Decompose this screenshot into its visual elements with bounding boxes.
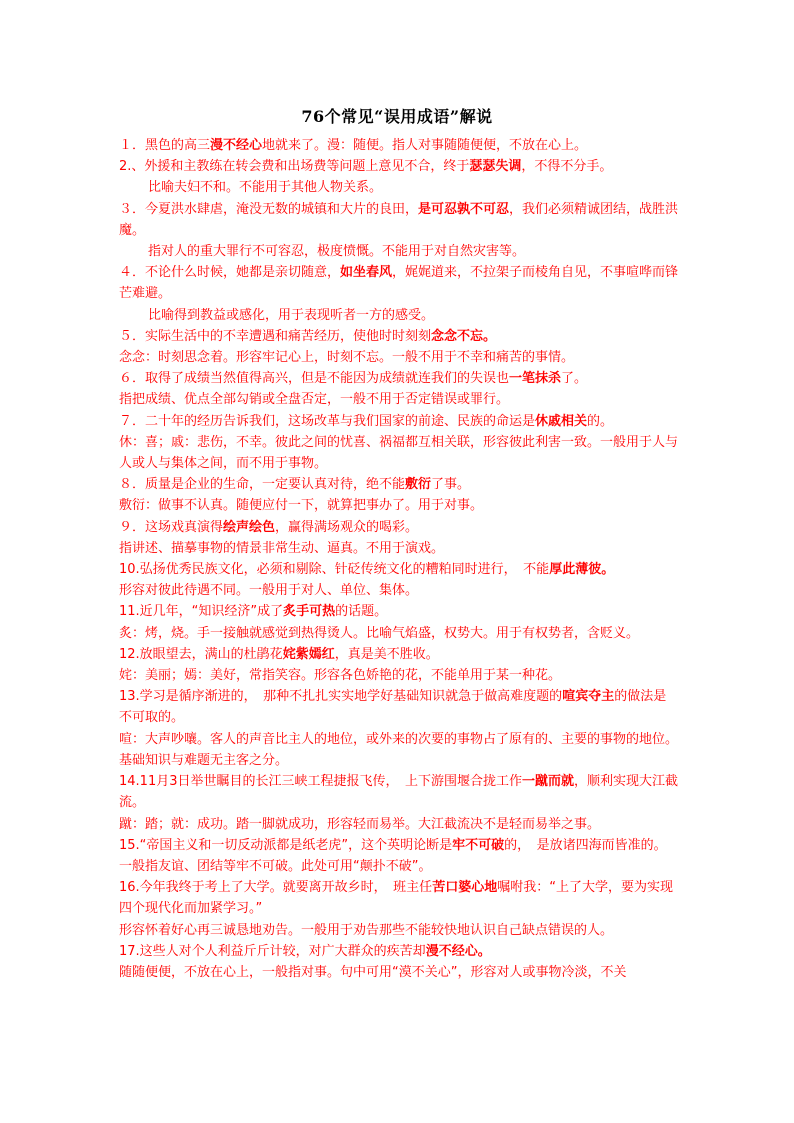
explanation-note: 比喻得到教益或感化，用于表现听者一方的感受。 [119,305,679,326]
explanation-note: 敷衍：做事不认真。随便应付一下，就算把事办了。用于对事。 [119,495,679,516]
sentence-text: 比喻夫妇不和。不能用于其他人物关系。 [148,180,382,195]
example-sentence: ４．不论什么时候，她都是亲切随意，如坐春风，娓娓道来，不拉架子而棱角自见，不事喧… [119,262,679,304]
idiom-highlight: 厚此薄彼。 [549,562,614,577]
idiom-highlight: 喧宾夺主 [562,689,614,704]
explanation-note: 休：喜；戚：悲伤，不幸。彼此之间的忧喜、祸福都互相关联，形容彼此利害一致。一般用… [119,432,679,474]
idiom-highlight: 姹紫嫣红 [283,647,335,662]
sentence-text: 12.放眼望去，满山的杜鹃花 [119,647,283,662]
example-sentence: 16.今年我终于考上了大学。就要离开故乡时， 班主任苦口婆心地嘱咐我：“上了大学… [119,877,679,919]
explanation-note: 念念：时刻思念着。形容牢记心上，时刻不忘。一般不用于不幸和痛苦的事情。 [119,347,679,368]
sentence-text: ４．不论什么时候，她都是亲切随意， [119,265,340,280]
document-title: 76个常见“误用成语”解说 [0,104,794,127]
example-sentence: 12.放眼望去，满山的杜鹃花姹紫嫣红，真是美不胜收。 [119,644,679,665]
sentence-text: 的。 [587,414,613,429]
explanation-note: 指把成绩、优点全部勾销或全盘否定，一般不用于否定错误或罪行。 [119,389,679,410]
example-sentence: ６．取得了成绩当然值得高兴，但是不能因为成绩就连我们的失误也一笔抹杀了。 [119,368,679,389]
explanation-note: 指讲述、描摹事物的情景非常生动、逼真。不用于演戏。 [119,538,679,559]
sentence-text: ６．取得了成绩当然值得高兴，但是不能因为成绩就连我们的失误也 [119,371,509,386]
sentence-text: 指讲述、描摹事物的情景非常生动、逼真。不用于演戏。 [119,541,444,556]
sentence-text: 11.近几年，“知识经济”成了 [119,604,283,619]
idiom-highlight: 休戚相关 [535,414,587,429]
idiom-highlight: 一蹴而就 [522,774,574,789]
sentence-text: 2.、外援和主教练在转会费和出场费等问题上意见不合，终于 [119,159,469,174]
idiom-highlight: 如坐春风 [340,265,392,280]
document-body: １．黑色的高三漫不经心地就来了。漫：随便。指人对事随随便便，不放在心上。2.、外… [119,135,679,983]
sentence-text: 形容怀着好心再三诚恳地劝告。一般用于劝告那些不能较快地认识自己缺点错误的人。 [119,923,613,938]
example-sentence: 10.弘扬优秀民族文化，必须和剔除、针砭传统文化的糟粕同时进行， 不能厚此薄彼。 [119,559,679,580]
sentence-text: ，不得不分手。 [521,159,612,174]
sentence-text: 形容对彼此待遇不同。一般用于对人、单位、集体。 [119,583,418,598]
idiom-highlight: 是可忍孰不可忍 [418,202,509,217]
example-sentence: １．黑色的高三漫不经心地就来了。漫：随便。指人对事随随便便，不放在心上。 [119,135,679,156]
idiom-highlight: 一笔抹杀 [509,371,561,386]
sentence-text: 的话题。 [335,604,387,619]
sentence-text: ，赢得满场观众的喝彩。 [275,520,418,535]
idiom-highlight: 漫不经心。 [426,944,491,959]
example-sentence: ９．这场戏真演得绘声绘色，赢得满场观众的喝彩。 [119,517,679,538]
idiom-highlight: 瑟瑟失调 [469,159,521,174]
sentence-text: ８．质量是企业的生命，一定要认真对待，绝不能 [119,477,405,492]
explanation-note: 形容怀着好心再三诚恳地劝告。一般用于劝告那些不能较快地认识自己缺点错误的人。 [119,920,679,941]
sentence-text: ９．这场戏真演得 [119,520,223,535]
sentence-text: 14.11月3日举世瞩目的长江三峡工程捷报飞传， 上下游围堰合拢工作 [119,774,522,789]
example-sentence: ３．今夏洪水肆虐，淹没无数的城镇和大片的良田，是可忍孰不可忍，我们必须精诚团结，… [119,199,679,241]
sentence-text: 了。 [561,371,587,386]
example-sentence: 2.、外援和主教练在转会费和出场费等问题上意见不合，终于瑟瑟失调，不得不分手。 [119,156,679,177]
example-sentence: 14.11月3日举世瞩目的长江三峡工程捷报飞传， 上下游围堰合拢工作一蹴而就，顺… [119,771,679,813]
example-sentence: ８．质量是企业的生命，一定要认真对待，绝不能敷衍了事。 [119,474,679,495]
explanation-note: 喧：大声吵嚷。客人的声音比主人的地位，或外来的次要的事物占了原有的、主要的事物的… [119,729,679,771]
idiom-highlight: 绘声绘色 [223,520,275,535]
example-sentence: ５．实际生活中的不幸遭遇和痛苦经历，使他时时刻刻念念不忘。 [119,326,679,347]
idiom-highlight: 苦口婆心地 [432,880,497,895]
sentence-text: 念念：时刻思念着。形容牢记心上，时刻不忘。一般不用于不幸和痛苦的事情。 [119,350,574,365]
sentence-text: 地就来了。漫：随便。指人对事随随便便，不放在心上。 [262,138,587,153]
example-sentence: ７．二十年的经历告诉我们，这场改革与我们国家的前途、民族的命运是休戚相关的。 [119,411,679,432]
idiom-highlight: 敷衍 [405,477,431,492]
explanation-note: 形容对彼此待遇不同。一般用于对人、单位、集体。 [119,580,679,601]
explanation-note: 姹：美丽；嫣：美好，常指笑容。形容各色娇艳的花，不能单用于某一种花。 [119,665,679,686]
explanation-note: 比喻夫妇不和。不能用于其他人物关系。 [119,177,679,198]
example-sentence: 15.“帝国主义和一切反动派都是纸老虎”，这个英明论断是牢不可破的， 是放诸四海… [119,835,679,856]
sentence-text: 姹：美丽；嫣：美好，常指笑容。形容各色娇艳的花，不能单用于某一种花。 [119,668,561,683]
sentence-text: 了事。 [431,477,470,492]
sentence-text: 蹴：踏；就：成功。踏一脚就成功，形容轻而易举。大江截流决不是轻而易举之事。 [119,817,600,832]
sentence-text: 敷衍：做事不认真。随便应付一下，就算把事办了。用于对事。 [119,498,483,513]
idiom-highlight: 漫不经心 [210,138,262,153]
sentence-text: 指把成绩、优点全部勾销或全盘否定，一般不用于否定错误或罪行。 [119,392,509,407]
sentence-text: ，真是美不胜收。 [335,647,439,662]
explanation-note: 一般指友谊、团结等牢不可破。此处可用“颠扑不破”。 [119,856,679,877]
sentence-text: 休：喜；戚：悲伤，不幸。彼此之间的忧喜、祸福都互相关联，形容彼此利害一致。一般用… [119,435,678,471]
example-sentence: 11.近几年，“知识经济”成了炙手可热的话题。 [119,601,679,622]
sentence-text: ５．实际生活中的不幸遭遇和痛苦经历，使他时时刻刻 [119,329,431,344]
explanation-note: 随随便便，不放在心上，一般指对事。句中可用“漠不关心”，形容对人或事物冷淡，不关 [119,962,679,983]
document-page: 76个常见“误用成语”解说 １．黑色的高三漫不经心地就来了。漫：随便。指人对事随… [0,0,794,1123]
sentence-text: 比喻得到教益或感化，用于表现听者一方的感受。 [148,308,434,323]
explanation-note: 指对人的重大罪行不可容忍，极度愤慨。不能用于对自然灾害等。 [119,241,679,262]
sentence-text: 17.这些人对个人利益斤斤计较，对广大群众的疾苦却 [119,944,426,959]
sentence-text: 随随便便，不放在心上，一般指对事。句中可用“漠不关心”，形容对人或事物冷淡，不关 [119,965,626,980]
example-sentence: 17.这些人对个人利益斤斤计较，对广大群众的疾苦却漫不经心。 [119,941,679,962]
sentence-text: 10.弘扬优秀民族文化，必须和剔除、针砭传统文化的糟粕同时进行， 不能 [119,562,549,577]
sentence-text: 15.“帝国主义和一切反动派都是纸老虎”，这个英明论断是 [119,838,452,853]
example-sentence: 13.学习是循序渐进的， 那种不扎扎实实地学好基础知识就急于做高难度题的喧宾夺主… [119,686,679,728]
explanation-note: 蹴：踏；就：成功。踏一脚就成功，形容轻而易举。大江截流决不是轻而易举之事。 [119,814,679,835]
sentence-text: 13.学习是循序渐进的， 那种不扎扎实实地学好基础知识就急于做高难度题的 [119,689,562,704]
idiom-highlight: 念念不忘。 [431,329,496,344]
sentence-text: 的， 是放诸四海而皆准的。 [504,838,667,853]
idiom-highlight: 牢不可破 [452,838,504,853]
sentence-text: 炙：烤，烧。手一接触就感觉到热得烫人。比喻气焰盛，权势大。用于有权势者，含贬义。 [119,626,639,641]
explanation-note: 炙：烤，烧。手一接触就感觉到热得烫人。比喻气焰盛，权势大。用于有权势者，含贬义。 [119,623,679,644]
sentence-text: １．黑色的高三 [119,138,210,153]
sentence-text: 一般指友谊、团结等牢不可破。此处可用“颠扑不破”。 [119,859,431,874]
sentence-text: 16.今年我终于考上了大学。就要离开故乡时， 班主任 [119,880,432,895]
sentence-text: 指对人的重大罪行不可容忍，极度愤慨。不能用于对自然灾害等。 [148,244,525,259]
sentence-text: ３．今夏洪水肆虐，淹没无数的城镇和大片的良田， [119,202,418,217]
sentence-text: ７．二十年的经历告诉我们，这场改革与我们国家的前途、民族的命运是 [119,414,535,429]
idiom-highlight: 炙手可热 [283,604,335,619]
sentence-text: 喧：大声吵嚷。客人的声音比主人的地位，或外来的次要的事物占了原有的、主要的事物的… [119,732,678,768]
